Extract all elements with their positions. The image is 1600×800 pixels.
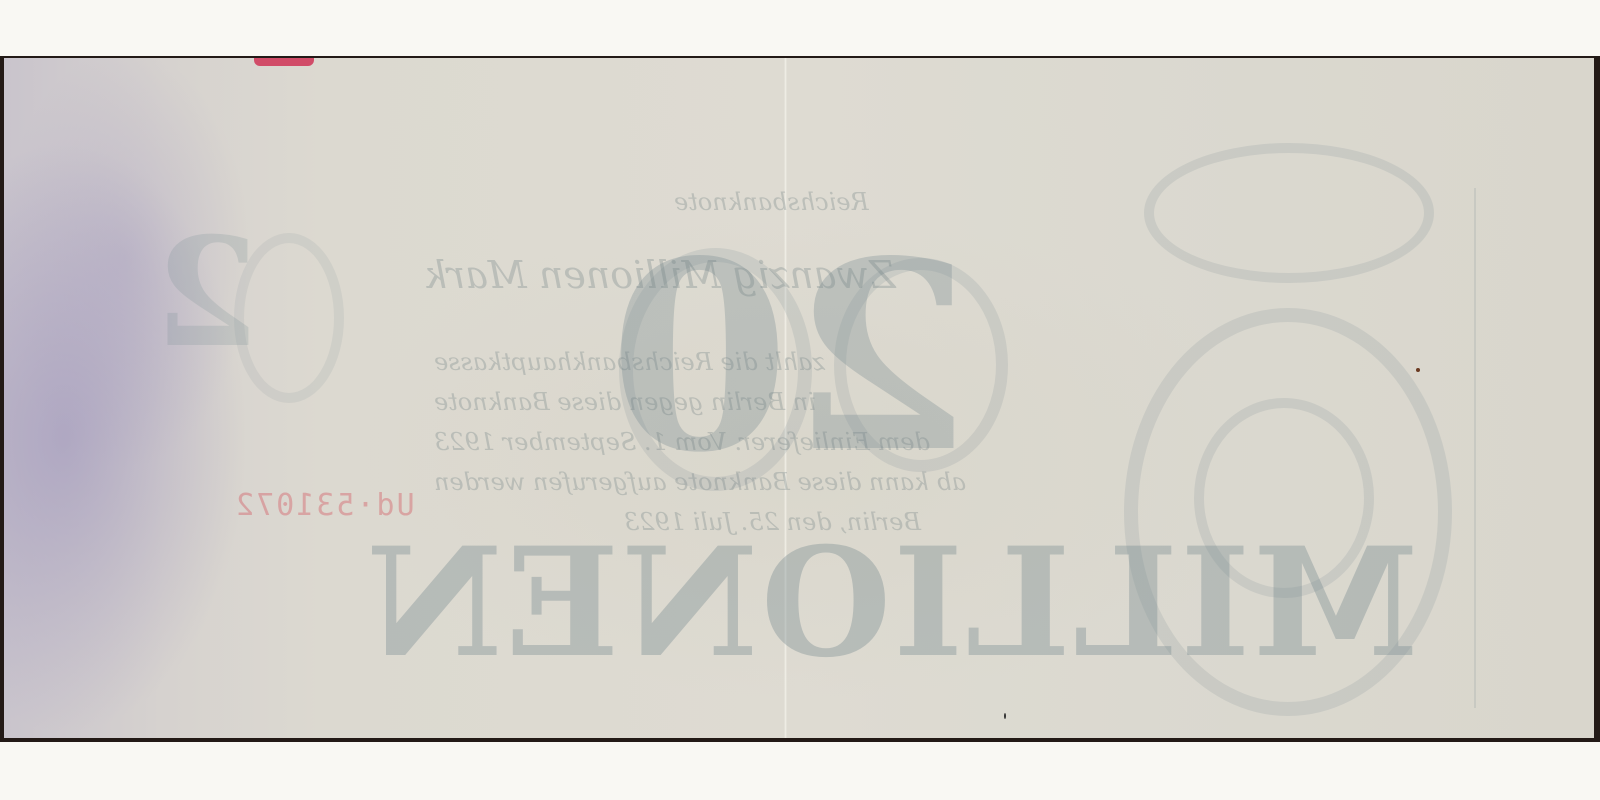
ornament-swirl-top <box>1144 143 1434 283</box>
right-border-line <box>1474 188 1476 708</box>
mirrored-text-line: in Berlin gegen diese Banknote <box>434 388 816 416</box>
banknote: 2 20 Reichsbanknote Zwanzig Millionen Ma… <box>4 58 1594 738</box>
ink-speck <box>1004 713 1006 719</box>
mirrored-text-line: dem Einlieferer. Vom 1. September 1923 <box>434 428 930 456</box>
mirrored-text-line: Zwanzig Millionen Mark <box>424 253 895 297</box>
mirrored-text-line: zahlt die Reichsbankhauptkasse <box>434 348 825 376</box>
red-stamp-mark <box>254 58 314 66</box>
ink-speck <box>1416 368 1420 372</box>
mirrored-text-line: Reichsbanknote <box>674 188 869 216</box>
mirrored-corner-number: 2 <box>154 218 258 368</box>
mirrored-denomination-word: MILLIONEN <box>364 528 1419 678</box>
mirrored-text-line: ab kann diese Banknote aufgerufen werden <box>434 468 966 496</box>
